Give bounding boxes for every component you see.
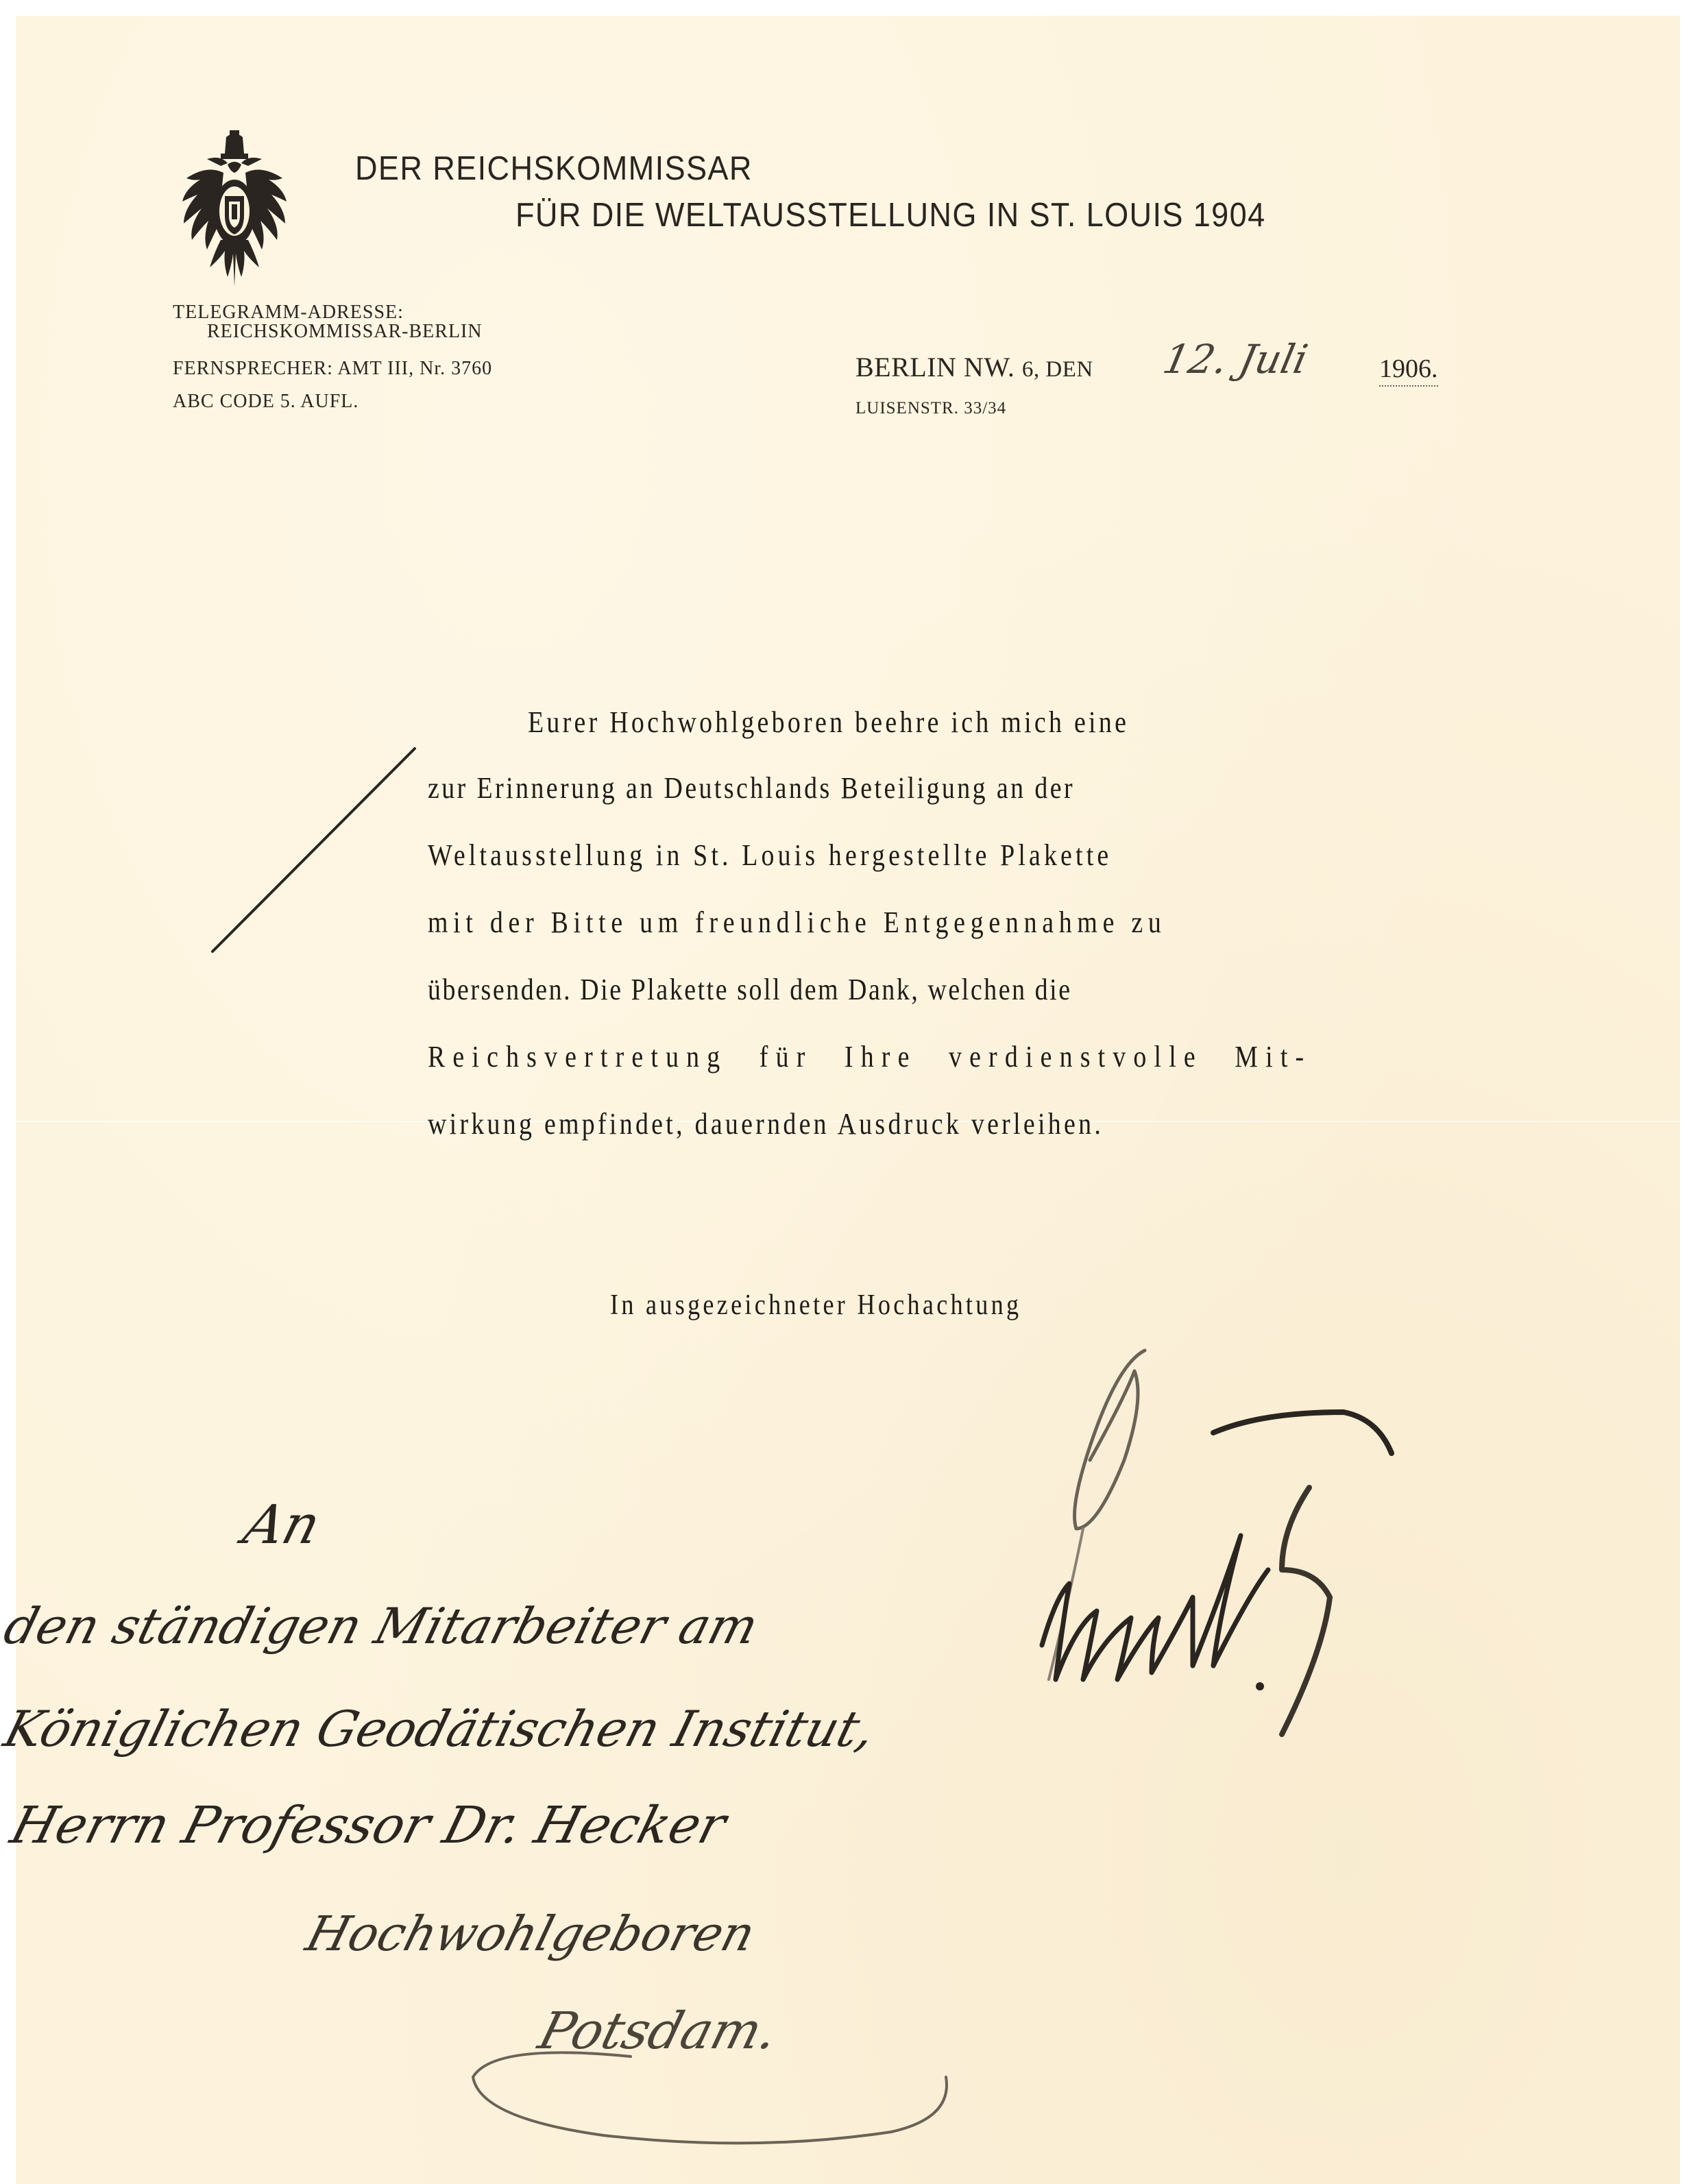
imperial-eagle-icon [180, 130, 289, 288]
body-line-4: mit der Bitte um freundliche Entgegennah… [428, 905, 1167, 940]
body-line-7: wirkung empfindet, dauernden Ausdruck ve… [428, 1106, 1104, 1141]
letterhead-title-line2: FÜR DIE WELTAUSSTELLUNG IN ST. LOUIS 190… [515, 196, 1266, 234]
dateline-district: 6, DEN [1022, 357, 1093, 382]
city-underline-flourish [466, 2015, 960, 2152]
body-line-2: zur Erinnerung an Deutschlands Beteiligu… [428, 771, 1075, 805]
telegram-address-value: REICHSKOMMISSAR-BERLIN [207, 321, 483, 343]
dateline-place: BERLIN NW. 6, DEN [855, 351, 1093, 383]
address-line-recipient: Herrn Professor Dr. Hecker [5, 1796, 732, 1855]
dateline-year: 1906. [1379, 354, 1438, 387]
address-line-3: Königlichen Geodätischen Institut, [0, 1700, 882, 1758]
body-line-3: Weltausstellung in St. Louis hergestellt… [428, 838, 1112, 873]
dateline-city: BERLIN NW. [855, 352, 1015, 383]
letterhead-title-line1: DER REICHSKOMMISSAR [355, 149, 753, 188]
body-line-1: Eurer Hochwohlgeboren beehre ich mich ei… [528, 705, 1129, 740]
abc-code: ABC CODE 5. AUFL. [173, 391, 359, 413]
phone-number: FERNSPRECHER: AMT III, Nr. 3760 [173, 358, 492, 380]
margin-slash-mark [206, 740, 425, 960]
address-line-honorific: Hochwohlgeboren [300, 1906, 761, 1962]
body-line-6: Reichsvertretung für Ihre verdienstvolle… [428, 1039, 1311, 1074]
handwritten-date: 12. Juli [1159, 336, 1312, 383]
closing-phrase: In ausgezeichneter Hochachtung [610, 1289, 1021, 1322]
handwritten-signature [987, 1323, 1426, 1748]
street-address: LUISENSTR. 33/34 [855, 399, 1006, 418]
body-line-5: übersenden. Die Plakette soll dem Dank, … [428, 972, 1072, 1007]
address-line-2: den ständigen Mitarbeiter am [0, 1597, 764, 1655]
